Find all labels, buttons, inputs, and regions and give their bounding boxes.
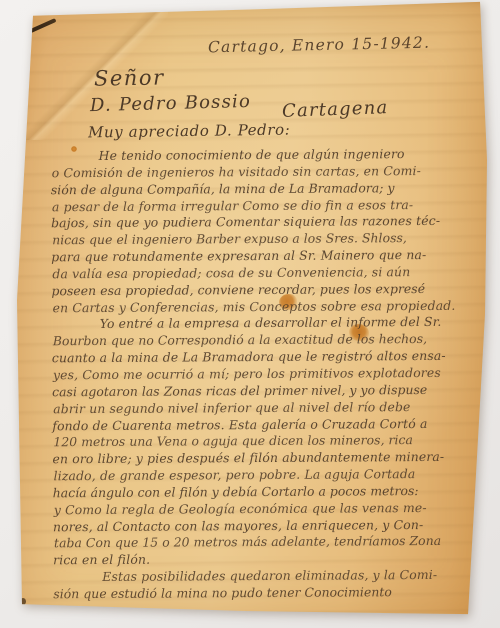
ink-stroke-mark [27, 18, 56, 34]
greeting-line: Muy apreciado D. Pedro: [88, 121, 291, 142]
ink-speck-bottom [20, 598, 26, 605]
letter-paper: Cartago, Enero 15-1942. Señor D. Pedro B… [0, 0, 500, 628]
letter-paper-wrap: Cartago, Enero 15-1942. Señor D. Pedro B… [0, 0, 500, 628]
photograph-background: Cartago, Enero 15-1942. Señor D. Pedro B… [0, 0, 500, 628]
date-line: Cartago, Enero 15-1942. [208, 34, 431, 57]
salutation: Señor [94, 65, 165, 90]
letter-line: sión que estudió la mina no pudo tener C… [53, 584, 473, 603]
recipient-city: Cartagena [282, 97, 389, 122]
letter-body: He tenido conocimiento de que algún inge… [51, 146, 474, 603]
ink-speck-top [82, 2, 90, 8]
recipient-name: D. Pedro Bossio [90, 91, 252, 116]
